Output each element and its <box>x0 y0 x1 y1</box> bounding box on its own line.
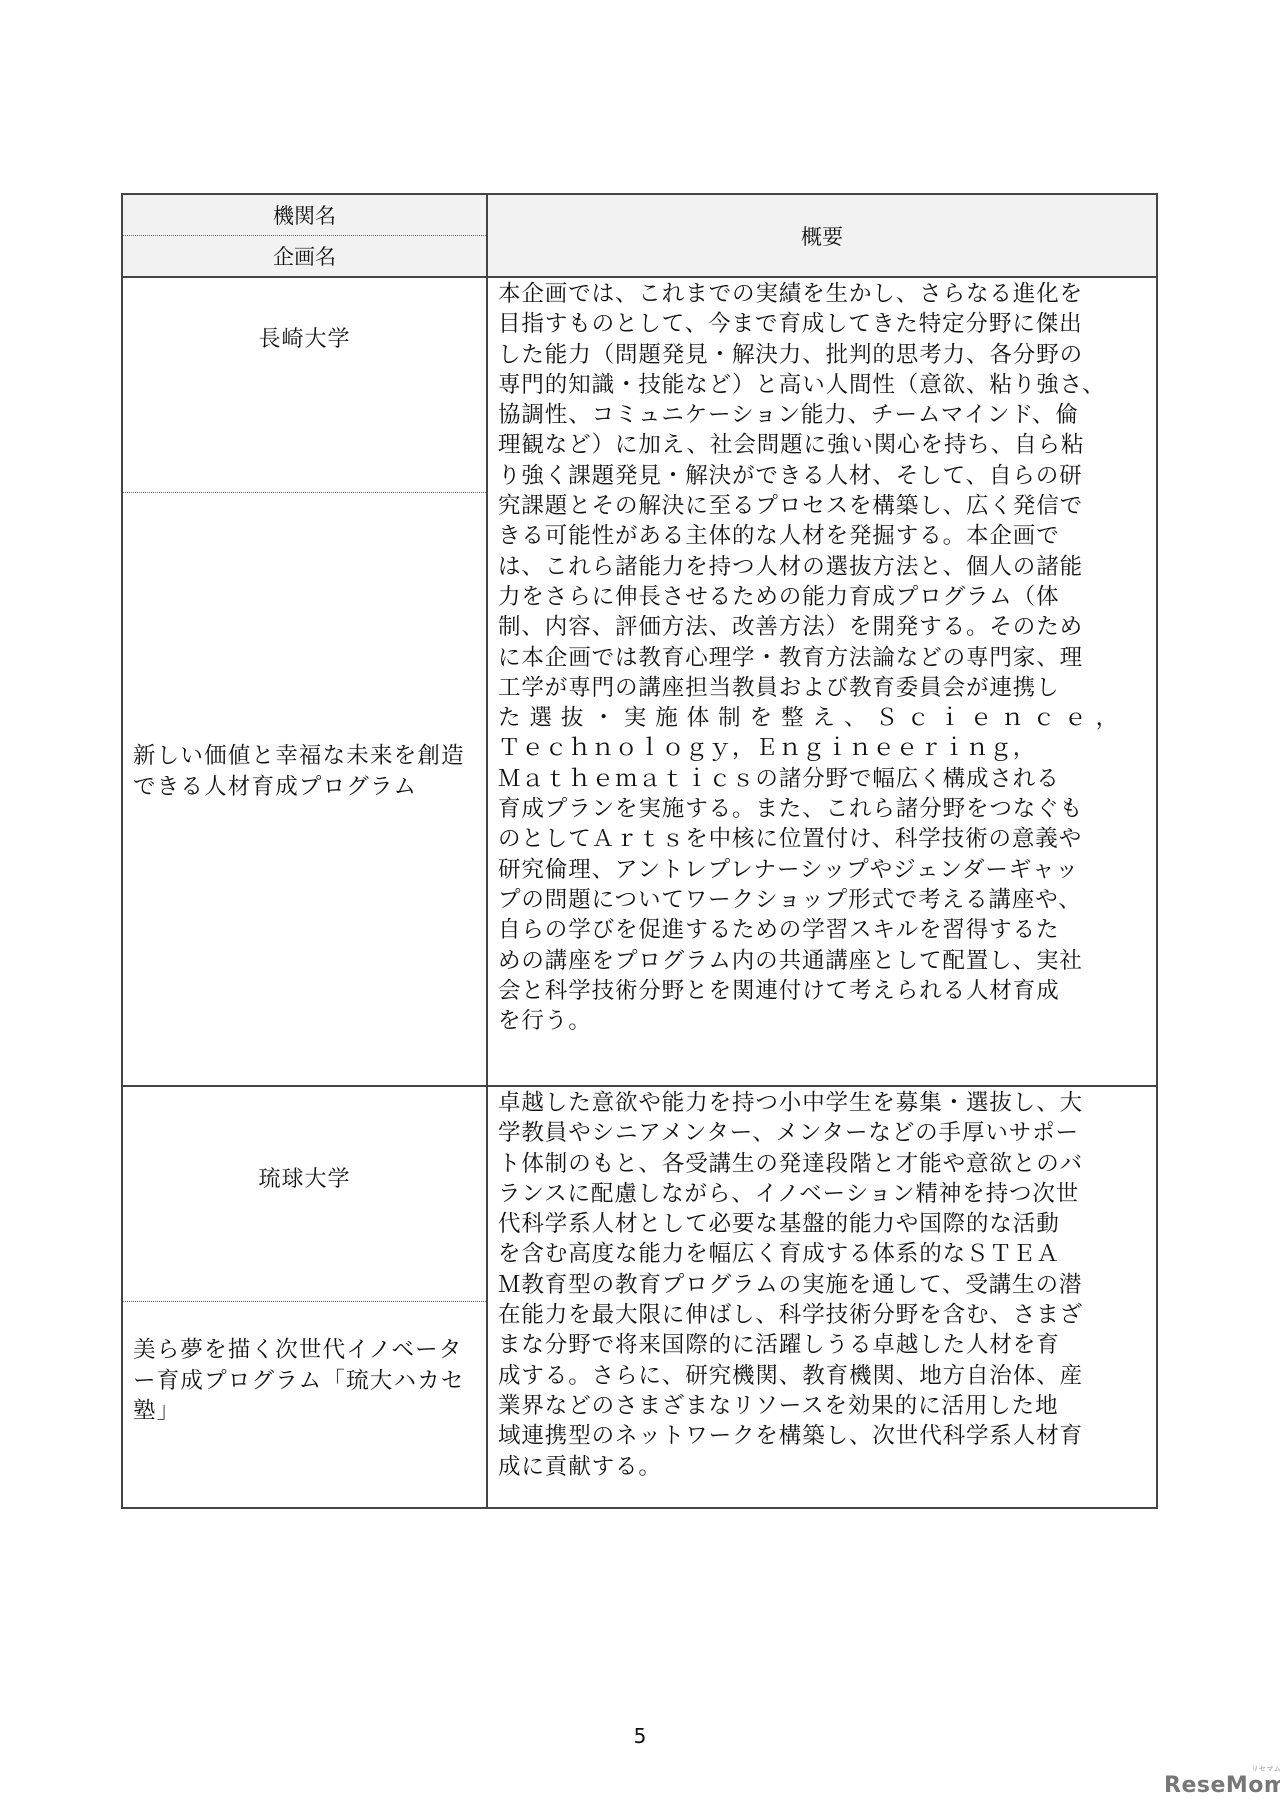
table-row: 琉球大学 美ら夢を描く次世代イノベーター育成プログラム「琉大ハカセ塾」 卓越した… <box>123 1085 1156 1507</box>
resemom-logo: ReseMom リセマム <box>1164 1773 1280 1798</box>
program-name: 新しい価値と幸福な未来を創造できる人材育成プログラム <box>133 741 476 1085</box>
program-name: 美ら夢を描く次世代イノベーター育成プログラム「琉大ハカセ塾」 <box>133 1335 476 1507</box>
program-cell: 新しい価値と幸福な未来を創造できる人材育成プログラム <box>123 492 486 1085</box>
table-row: 長崎大学 新しい価値と幸福な未来を創造できる人材育成プログラム 本企画では、これ… <box>123 276 1156 1085</box>
page-number: 5 <box>0 1724 1280 1748</box>
program-cell: 美ら夢を描く次世代イノベーター育成プログラム「琉大ハカセ塾」 <box>123 1301 486 1507</box>
institution-name: 琉球大学 <box>258 1162 350 1193</box>
row-left-column: 長崎大学 新しい価値と幸福な未来を創造できる人材育成プログラム <box>123 278 488 1085</box>
institution-name: 長崎大学 <box>258 322 350 353</box>
institution-cell: 琉球大学 <box>123 1087 486 1301</box>
program-table: 機関名 企画名 概要 長崎大学 新しい価値と幸福な未来を創造できる人材育成プログ… <box>121 193 1158 1509</box>
row-left-column: 琉球大学 美ら夢を描く次世代イノベーター育成プログラム「琉大ハカセ塾」 <box>123 1087 488 1507</box>
table-header-row: 機関名 企画名 概要 <box>123 195 1156 276</box>
summary-cell: 卓越した意欲や能力を持つ小中学生を募集・選抜し、大 学教員やシニアメンター、メン… <box>488 1087 1156 1507</box>
watermark-text: ReseMom <box>1164 1773 1280 1798</box>
header-institution: 機関名 <box>123 195 486 235</box>
institution-cell: 長崎大学 <box>123 278 486 492</box>
summary-cell: 本企画では、これまでの実績を生かし、さらなる進化を 目指すものとして、今まで育成… <box>488 278 1156 1085</box>
header-summary: 概要 <box>488 195 1156 276</box>
header-left-column: 機関名 企画名 <box>123 195 488 276</box>
header-program: 企画名 <box>123 235 486 276</box>
watermark-kana: リセマム <box>1251 1764 1280 1774</box>
